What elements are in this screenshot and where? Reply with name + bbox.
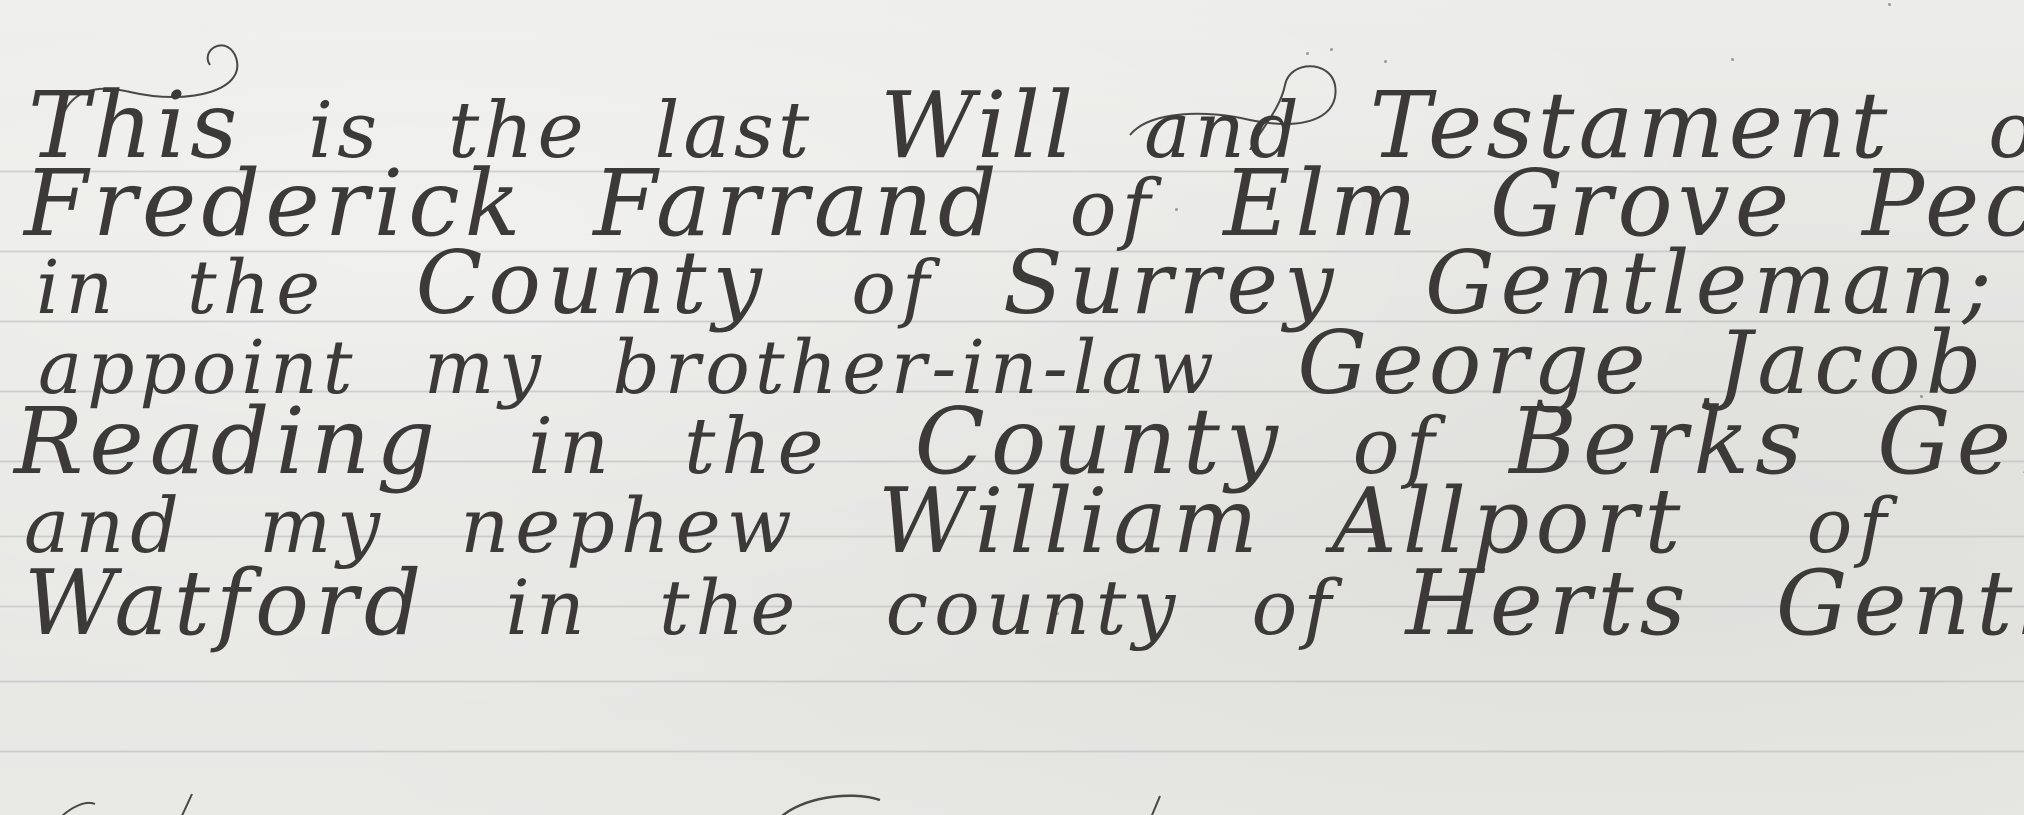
paper-speck <box>1330 48 1333 51</box>
paper-speck <box>1888 3 1891 6</box>
paper-speck <box>1384 60 1387 63</box>
cut-off-next-line <box>0 790 2024 815</box>
word: in <box>506 563 591 652</box>
paper-speck <box>1731 58 1734 61</box>
scanned-will-page: This is the last Will and Testament of m… <box>0 0 2024 815</box>
word: Gentleman <box>1776 552 2024 656</box>
paper-speck <box>1306 52 1309 55</box>
ruled-line <box>0 750 2024 753</box>
word: county <box>886 563 1182 652</box>
word: of <box>1251 563 1337 652</box>
text-line-7: Watford in the county of Herts Gentleman <box>24 552 2024 656</box>
word: Watford <box>24 552 427 656</box>
word: the <box>659 563 801 652</box>
ruled-line <box>0 680 2024 683</box>
word: Herts <box>1406 552 1692 656</box>
